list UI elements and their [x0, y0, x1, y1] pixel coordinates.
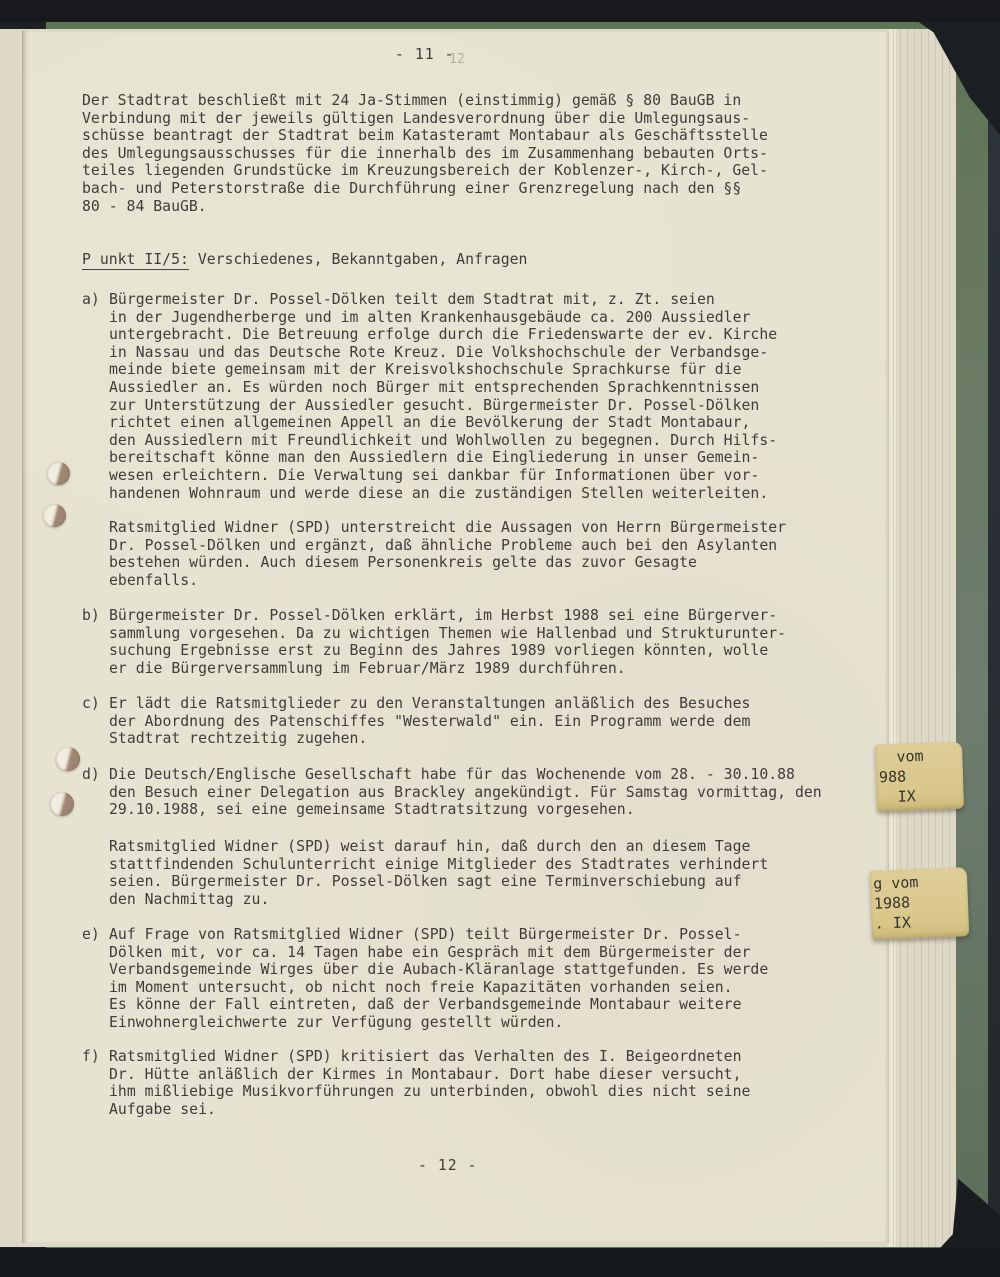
item-text: Ratsmitglied Widner (SPD) kritisiert das…	[109, 1048, 750, 1118]
punch-hole-mark	[47, 462, 70, 485]
sticky-note-text: g vom 1988 . IX	[873, 870, 967, 933]
sticky-note-tab-2: g vom 1988 . IX	[870, 867, 970, 940]
scan-background-top	[0, 0, 1000, 22]
item-label: f)	[82, 1048, 100, 1066]
item-label: d)	[82, 766, 100, 784]
section-heading-number: P unkt II/5:	[82, 251, 189, 270]
punch-hole-mark	[56, 747, 80, 771]
agenda-item-d: d) Die Deutsch/Englische Gesellschaft ha…	[82, 766, 822, 819]
item-text: Auf Frage von Ratsmitglied Widner (SPD) …	[109, 926, 768, 1032]
item-label: c)	[82, 695, 100, 713]
agenda-item-e: e) Auf Frage von Ratsmitglied Widner (SP…	[82, 926, 768, 1032]
item-text: Ratsmitglied Widner (SPD) unterstreicht …	[109, 519, 786, 589]
response-paragraph-1: Ratsmitglied Widner (SPD) unterstreicht …	[82, 519, 786, 589]
intro-paragraph-text: Der Stadtrat beschließt mit 24 Ja-Stimme…	[82, 92, 768, 215]
item-text: Bürgermeister Dr. Possel-Dölken teilt de…	[109, 291, 777, 502]
item-label: e)	[82, 926, 100, 944]
item-text: Die Deutsch/Englische Gesellschaft habe …	[109, 766, 822, 819]
item-text: Er lädt die Ratsmitglieder zu den Verans…	[109, 695, 750, 748]
scan-background-bottom	[0, 1248, 1000, 1277]
ghost-page-number: 12	[449, 51, 465, 69]
item-text: Bürgermeister Dr. Possel-Dölken erklärt,…	[109, 607, 786, 677]
punch-hole-mark	[50, 792, 74, 816]
agenda-item-c: c) Er lädt die Ratsmitglieder zu den Ver…	[82, 695, 750, 748]
punch-hole-mark	[43, 504, 66, 527]
scanned-book-page: - 11 - 12 Der Stadtrat beschließt mit 24…	[0, 0, 1000, 1277]
agenda-item-f: f) Ratsmitglied Widner (SPD) kritisiert …	[82, 1048, 750, 1118]
sticky-note-tab-1: vom 988 IX	[875, 742, 964, 812]
typed-content: - 11 - 12 Der Stadtrat beschließt mit 24…	[0, 0, 1000, 1277]
page-number-top: - 11 -	[395, 46, 454, 64]
section-heading: P unkt II/5: Verschiedenes, Bekanntgaben…	[82, 251, 527, 269]
response-paragraph-2: Ratsmitglied Widner (SPD) weist darauf h…	[82, 838, 768, 908]
section-heading-title: Verschiedenes, Bekanntgaben, Anfragen	[189, 251, 528, 268]
item-label: b)	[82, 607, 100, 625]
sticky-note-text: vom 988 IX	[878, 745, 962, 808]
page-number-bottom: - 12 -	[418, 1157, 477, 1175]
intro-paragraph: Der Stadtrat beschließt mit 24 Ja-Stimme…	[82, 92, 768, 215]
agenda-item-b: b) Bürgermeister Dr. Possel-Dölken erklä…	[82, 607, 786, 677]
item-text: Ratsmitglied Widner (SPD) weist darauf h…	[109, 838, 768, 908]
item-label: a)	[82, 291, 100, 309]
agenda-item-a: a) Bürgermeister Dr. Possel-Dölken teilt…	[82, 291, 777, 502]
